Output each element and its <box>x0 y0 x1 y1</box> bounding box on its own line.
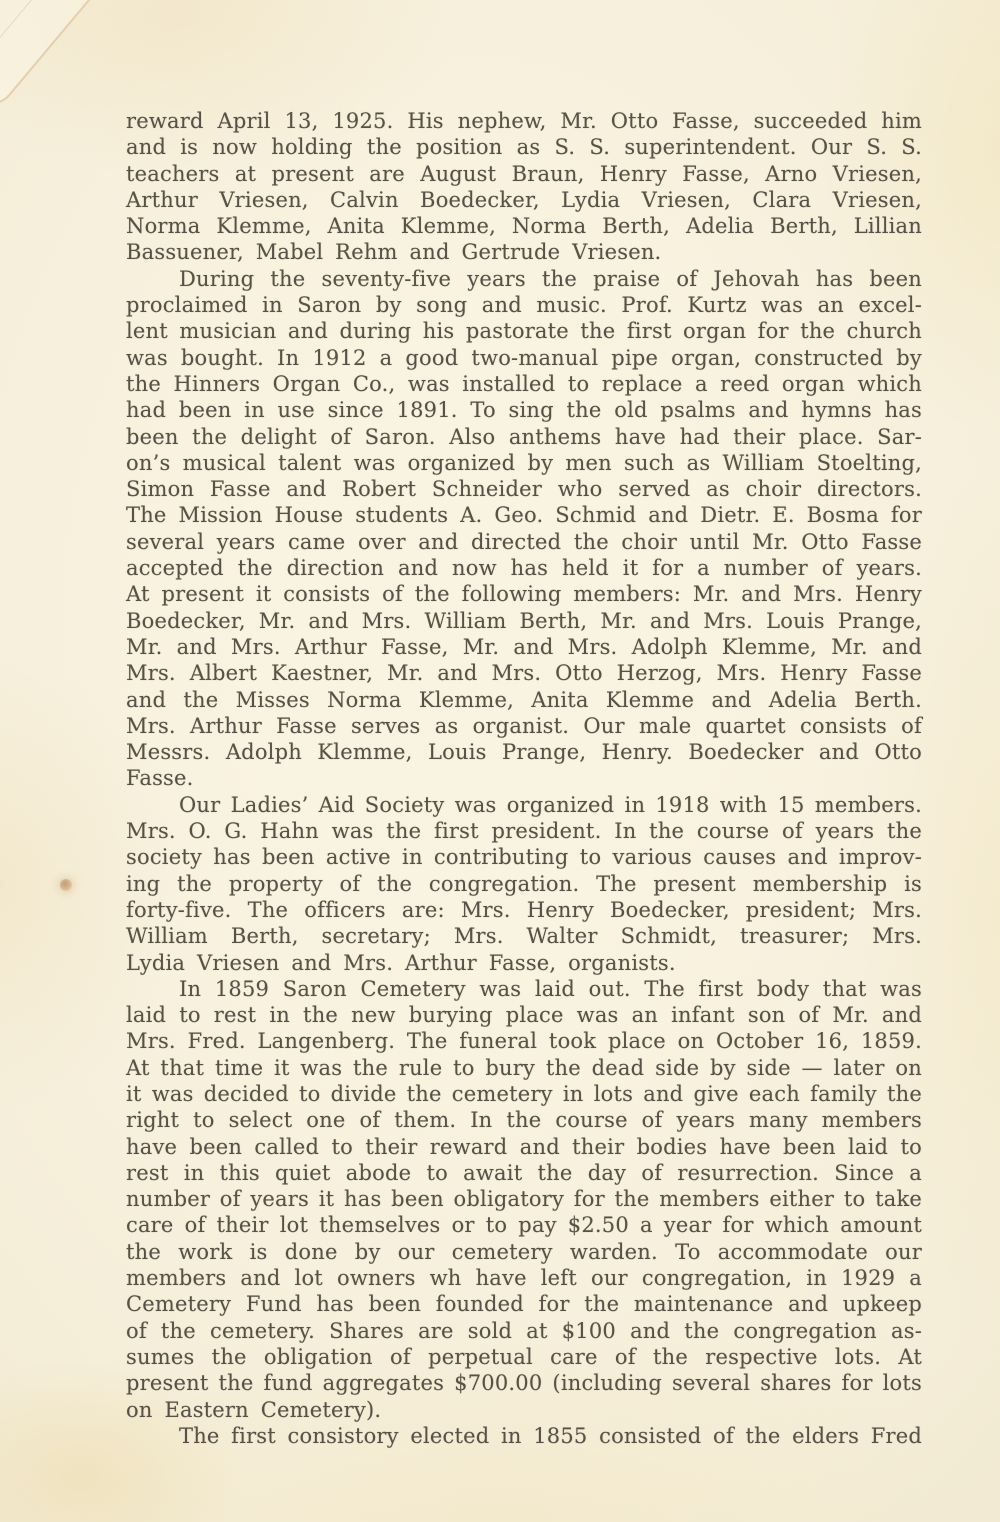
text-line: sumes the obligation of perpetual care o… <box>126 1344 922 1370</box>
text-line: At that time it was the rule to bury the… <box>126 1055 922 1081</box>
text-line: Cemetery Fund has been founded for the m… <box>126 1291 922 1317</box>
paragraph: During the seventy-five years the praise… <box>126 266 922 792</box>
page-text-block: reward April 13, 1925. His nephew, Mr. O… <box>126 108 922 1449</box>
text-line: the Hinners Organ Co., was installed to … <box>126 371 922 397</box>
text-line: William Berth, secretary; Mrs. Walter Sc… <box>126 923 922 949</box>
text-line: rest in this quiet abode to await the da… <box>126 1160 922 1186</box>
text-line: reward April 13, 1925. His nephew, Mr. O… <box>126 108 922 134</box>
scanned-page: reward April 13, 1925. His nephew, Mr. O… <box>0 0 1000 1522</box>
text-line: it was decided to divide the cemetery in… <box>126 1081 922 1107</box>
text-line: and the Misses Norma Klemme, Anita Klemm… <box>126 687 922 713</box>
paper-stain-spot <box>60 879 72 891</box>
text-line: Boedecker, Mr. and Mrs. William Berth, M… <box>126 608 922 634</box>
text-line: Norma Klemme, Anita Klemme, Norma Berth,… <box>126 213 922 239</box>
paragraph: The first consistory elected in 1855 con… <box>126 1423 922 1449</box>
text-line: proclaimed in Saron by song and music. P… <box>126 292 922 318</box>
text-line: Mrs. Fred. Langenberg. The funeral took … <box>126 1028 922 1054</box>
text-line: In 1859 Saron Cemetery was laid out. The… <box>126 976 922 1002</box>
text-line: right to select one of them. In the cour… <box>126 1107 922 1133</box>
text-line: accepted the direction and now has held … <box>126 555 922 581</box>
text-line: Mrs. O. G. Hahn was the first president.… <box>126 818 922 844</box>
paragraph: reward April 13, 1925. His nephew, Mr. O… <box>126 108 922 266</box>
text-line: have been called to their reward and the… <box>126 1134 922 1160</box>
text-line: laid to rest in the new burying place wa… <box>126 1002 922 1028</box>
text-line: care of their lot themselves or to pay $… <box>126 1212 922 1238</box>
text-line: During the seventy-five years the praise… <box>126 266 922 292</box>
text-line: present the fund aggregates $700.00 (inc… <box>126 1370 922 1396</box>
text-line: teachers at present are August Braun, He… <box>126 161 922 187</box>
text-line: members and lot owners wh have left our … <box>126 1265 922 1291</box>
text-line: Mr. and Mrs. Arthur Fasse, Mr. and Mrs. … <box>126 634 922 660</box>
text-line: ing the property of the congregation. Th… <box>126 871 922 897</box>
text-line: Messrs. Adolph Klemme, Louis Prange, Hen… <box>126 739 922 765</box>
text-line: been the delight of Saron. Also anthems … <box>126 424 922 450</box>
text-line: number of years it has been obligatory f… <box>126 1186 922 1212</box>
text-line: Mrs. Arthur Fasse serves as organist. Ou… <box>126 713 922 739</box>
text-line: several years came over and directed the… <box>126 529 922 555</box>
text-line: Mrs. Albert Kaestner, Mr. and Mrs. Otto … <box>126 660 922 686</box>
text-line: had been in use since 1891. To sing the … <box>126 397 922 423</box>
text-line: Arthur Vriesen, Calvin Boedecker, Lydia … <box>126 187 922 213</box>
text-line: Our Ladies’ Aid Society was organized in… <box>126 792 922 818</box>
folded-corner-crease-outer <box>0 0 120 113</box>
text-line: The Mission House students A. Geo. Schmi… <box>126 502 922 528</box>
text-line: was bought. In 1912 a good two-manual pi… <box>126 345 922 371</box>
paragraph: Our Ladies’ Aid Society was organized in… <box>126 792 922 976</box>
text-line: The first consistory elected in 1855 con… <box>126 1423 922 1449</box>
text-line: Lydia Vriesen and Mrs. Arthur Fasse, org… <box>126 950 922 976</box>
text-line: on Eastern Cemetery). <box>126 1397 922 1423</box>
text-line: At present it consists of the following … <box>126 581 922 607</box>
paragraph: In 1859 Saron Cemetery was laid out. The… <box>126 976 922 1423</box>
text-line: and is now holding the position as S. S.… <box>126 134 922 160</box>
text-line: Fasse. <box>126 765 922 791</box>
text-line: society has been active in contributing … <box>126 844 922 870</box>
text-line: on’s musical talent was organized by men… <box>126 450 922 476</box>
text-line: lent musician and during his pastorate t… <box>126 318 922 344</box>
text-line: Bassuener, Mabel Rehm and Gertrude Vries… <box>126 239 922 265</box>
text-line: Simon Fasse and Robert Schneider who ser… <box>126 476 922 502</box>
text-line: of the cemetery. Shares are sold at $100… <box>126 1318 922 1344</box>
text-line: the work is done by our cemetery warden.… <box>126 1239 922 1265</box>
text-line: forty-five. The officers are: Mrs. Henry… <box>126 897 922 923</box>
